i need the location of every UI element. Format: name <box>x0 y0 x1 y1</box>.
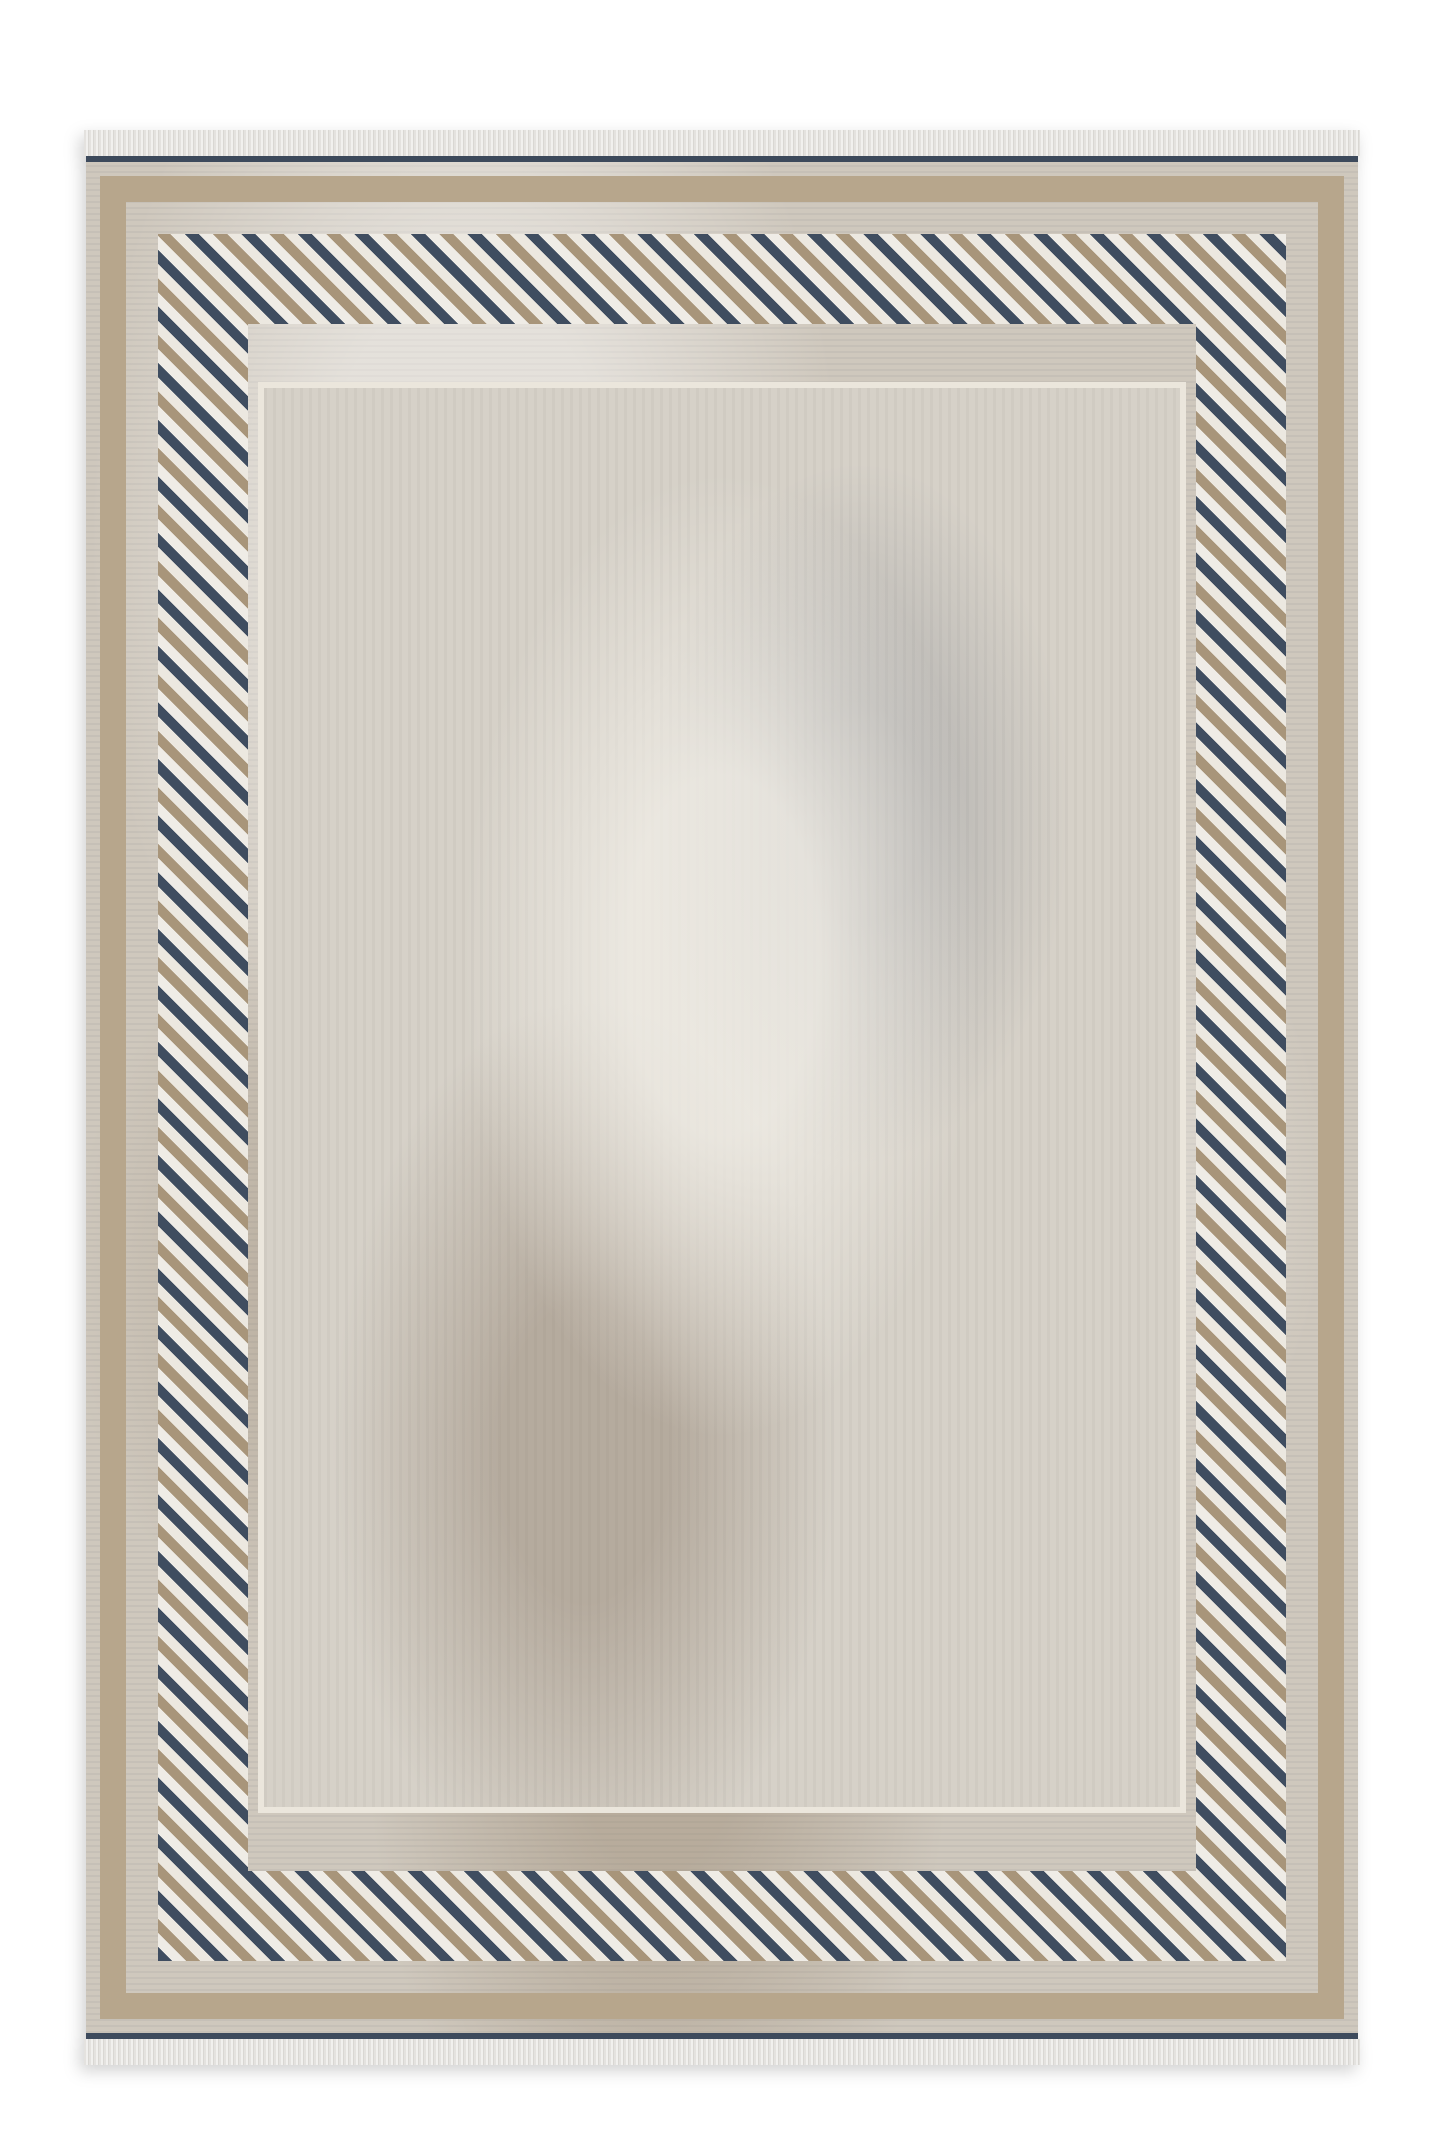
rug-image <box>84 130 1360 2065</box>
rug-body <box>86 156 1358 2039</box>
top-fringe <box>84 130 1360 156</box>
bottom-fringe <box>84 2039 1360 2065</box>
central-field <box>258 382 1186 1813</box>
